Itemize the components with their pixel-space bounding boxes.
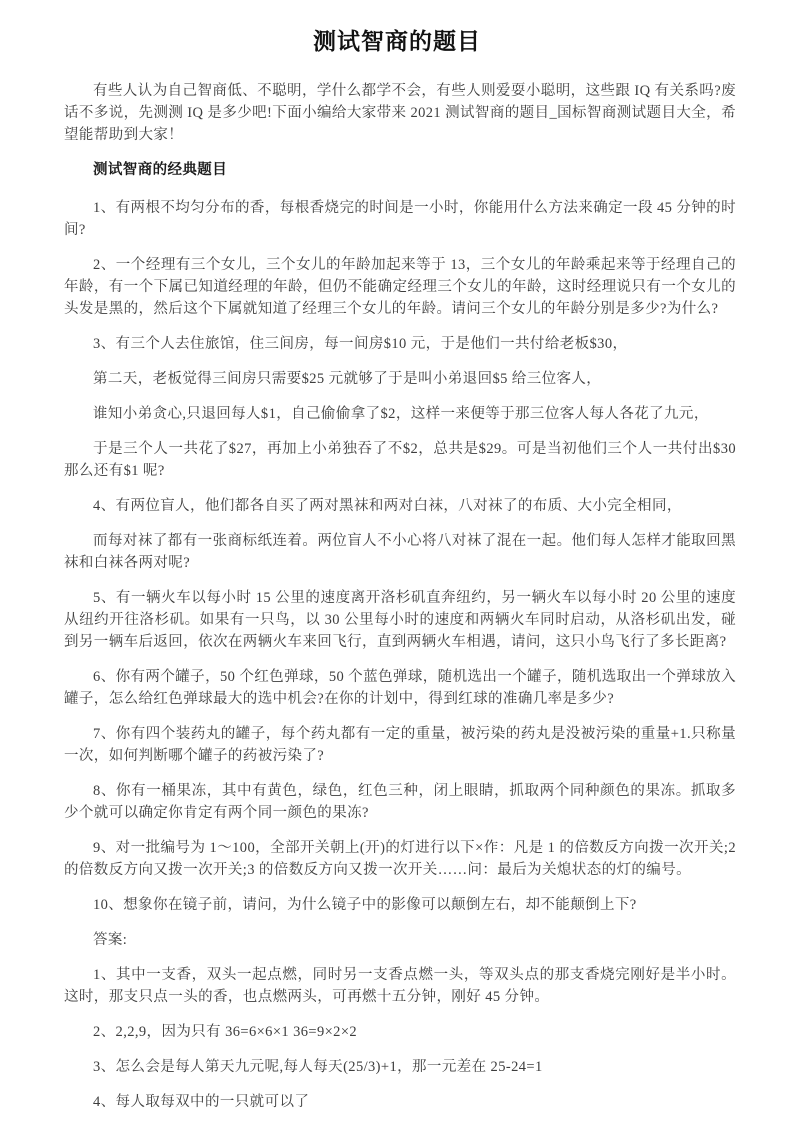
paragraph: 于是三个人一共花了$27，再加上小弟独吞了不$2，总共是$29。可是当初他们三个… <box>64 438 736 482</box>
paragraph: 2、一个经理有三个女儿，三个女儿的年龄加起来等于 13，三个女儿的年龄乘起来等于… <box>64 254 736 320</box>
paragraph: 有些人认为自己智商低、不聪明，学什么都学不会，有些人则爱耍小聪明，这些跟 IQ … <box>64 80 736 146</box>
document-title: 测试智商的题目 <box>64 26 730 58</box>
paragraph: 答案: <box>64 929 736 951</box>
paragraph: 4、有两位盲人，他们都各自买了两对黑袜和两对白袜，八对袜了的布质、大小完全相同， <box>64 495 736 517</box>
paragraph: 8、你有一桶果冻，其中有黄色，绿色，红色三种，闭上眼睛，抓取两个同种颜色的果冻。… <box>64 780 736 824</box>
paragraph: 6、你有两个罐子，50 个红色弹球，50 个蓝色弹球，随机选出一个罐子，随机选取… <box>64 666 736 710</box>
document-body: 有些人认为自己智商低、不聪明，学什么都学不会，有些人则爱耍小聪明，这些跟 IQ … <box>64 80 736 1113</box>
paragraph: 1、有两根不均匀分布的香，每根香烧完的时间是一小时，你能用什么方法来确定一段 4… <box>64 197 736 241</box>
paragraph: 谁知小弟贪心,只退回每人$1，自己偷偷拿了$2，这样一来便等于那三位客人每人各花… <box>64 403 736 425</box>
paragraph: 3、怎么会是每人第天九元呢,每人每天(25/3)+1，那一元差在 25-24=1 <box>64 1056 736 1078</box>
paragraph: 第二天，老板觉得三间房只需要$25 元就够了于是叫小弟退回$5 给三位客人， <box>64 368 736 390</box>
paragraph: 1、其中一支香，双头一起点燃，同时另一支香点燃一头，等双头点的那支香烧完刚好是半… <box>64 964 736 1008</box>
paragraph: 9、对一批编号为 1～100，全部开关朝上(开)的灯进行以下×作：凡是 1 的倍… <box>64 837 736 881</box>
paragraph: 4、每人取每双中的一只就可以了 <box>64 1091 736 1113</box>
section-heading: 测试智商的经典题目 <box>64 159 736 181</box>
paragraph: 2、2,2,9，因为只有 36=6×6×1 36=9×2×2 <box>64 1021 736 1043</box>
paragraph: 7、你有四个装药丸的罐子，每个药丸都有一定的重量，被污染的药丸是没被污染的重量+… <box>64 723 736 767</box>
paragraph: 10、想象你在镜子前，请问，为什么镜子中的影像可以颠倒左右，却不能颠倒上下? <box>64 894 736 916</box>
paragraph: 而每对袜了都有一张商标纸连着。两位盲人不小心将八对袜了混在一起。他们每人怎样才能… <box>64 530 736 574</box>
document-page: 测试智商的题目 有些人认为自己智商低、不聪明，学什么都学不会，有些人则爱耍小聪明… <box>0 0 794 1123</box>
paragraph: 3、有三个人去住旅馆，住三间房，每一间房$10 元，于是他们一共付给老板$30， <box>64 333 736 355</box>
paragraph: 5、有一辆火车以每小时 15 公里的速度离开洛杉矶直奔纽约，另一辆火车以每小时 … <box>64 587 736 653</box>
